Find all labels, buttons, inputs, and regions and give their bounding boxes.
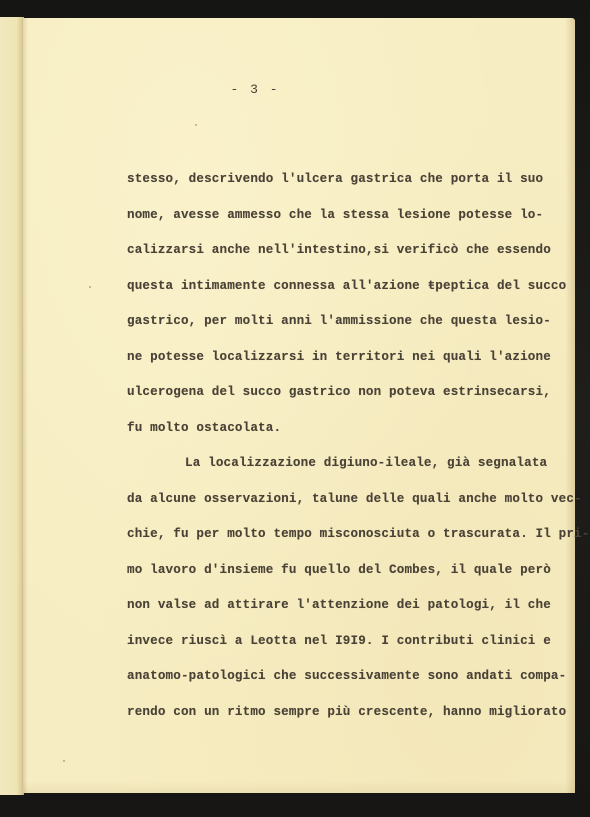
text-line: non valse ad attirare l'attenzione dei p… [127, 588, 567, 624]
text-line: invece riuscì a Leotta nel I9I9. I contr… [127, 624, 567, 660]
text-line: rendo con un ritmo sempre più crescente,… [127, 695, 567, 731]
text-line: mo lavoro d'insieme fu quello del Combes… [127, 553, 567, 589]
text-line: da alcune osservazioni, talune delle qua… [127, 482, 567, 518]
text-line: chie, fu per molto tempo misconosciuta o… [127, 517, 567, 553]
paper-speck [195, 124, 197, 126]
text-line: ulcerogena del succo gastrico non poteva… [127, 375, 567, 411]
paragraph-first-line: La localizzazione digiuno-ileale, già se… [127, 446, 567, 482]
facing-page-edge [0, 17, 24, 795]
text-line: stesso, descrivendo l'ulcera gastrica ch… [127, 162, 567, 198]
text-line: calizzarsi anche nell'intestino,si verif… [127, 233, 567, 269]
paper-speck [89, 286, 91, 288]
body-text: stesso, descrivendo l'ulcera gastrica ch… [127, 162, 567, 730]
paper-speck [63, 760, 65, 762]
text-line: nome, avesse ammesso che la stessa lesio… [127, 198, 567, 234]
text-line: ne potesse localizzarsi in territori nei… [127, 340, 567, 376]
text-line: questa intimamente connessa all'azione ŧ… [127, 269, 567, 305]
text-line: gastrico, per molti anni l'ammissione ch… [127, 304, 567, 340]
text-line: anatomo-patologici che successivamente s… [127, 659, 567, 695]
text-line: fu molto ostacolata. [127, 411, 567, 447]
document-page: - 3 - stesso, descrivendo l'ulcera gastr… [23, 18, 575, 793]
page-number: - 3 - [23, 82, 575, 97]
